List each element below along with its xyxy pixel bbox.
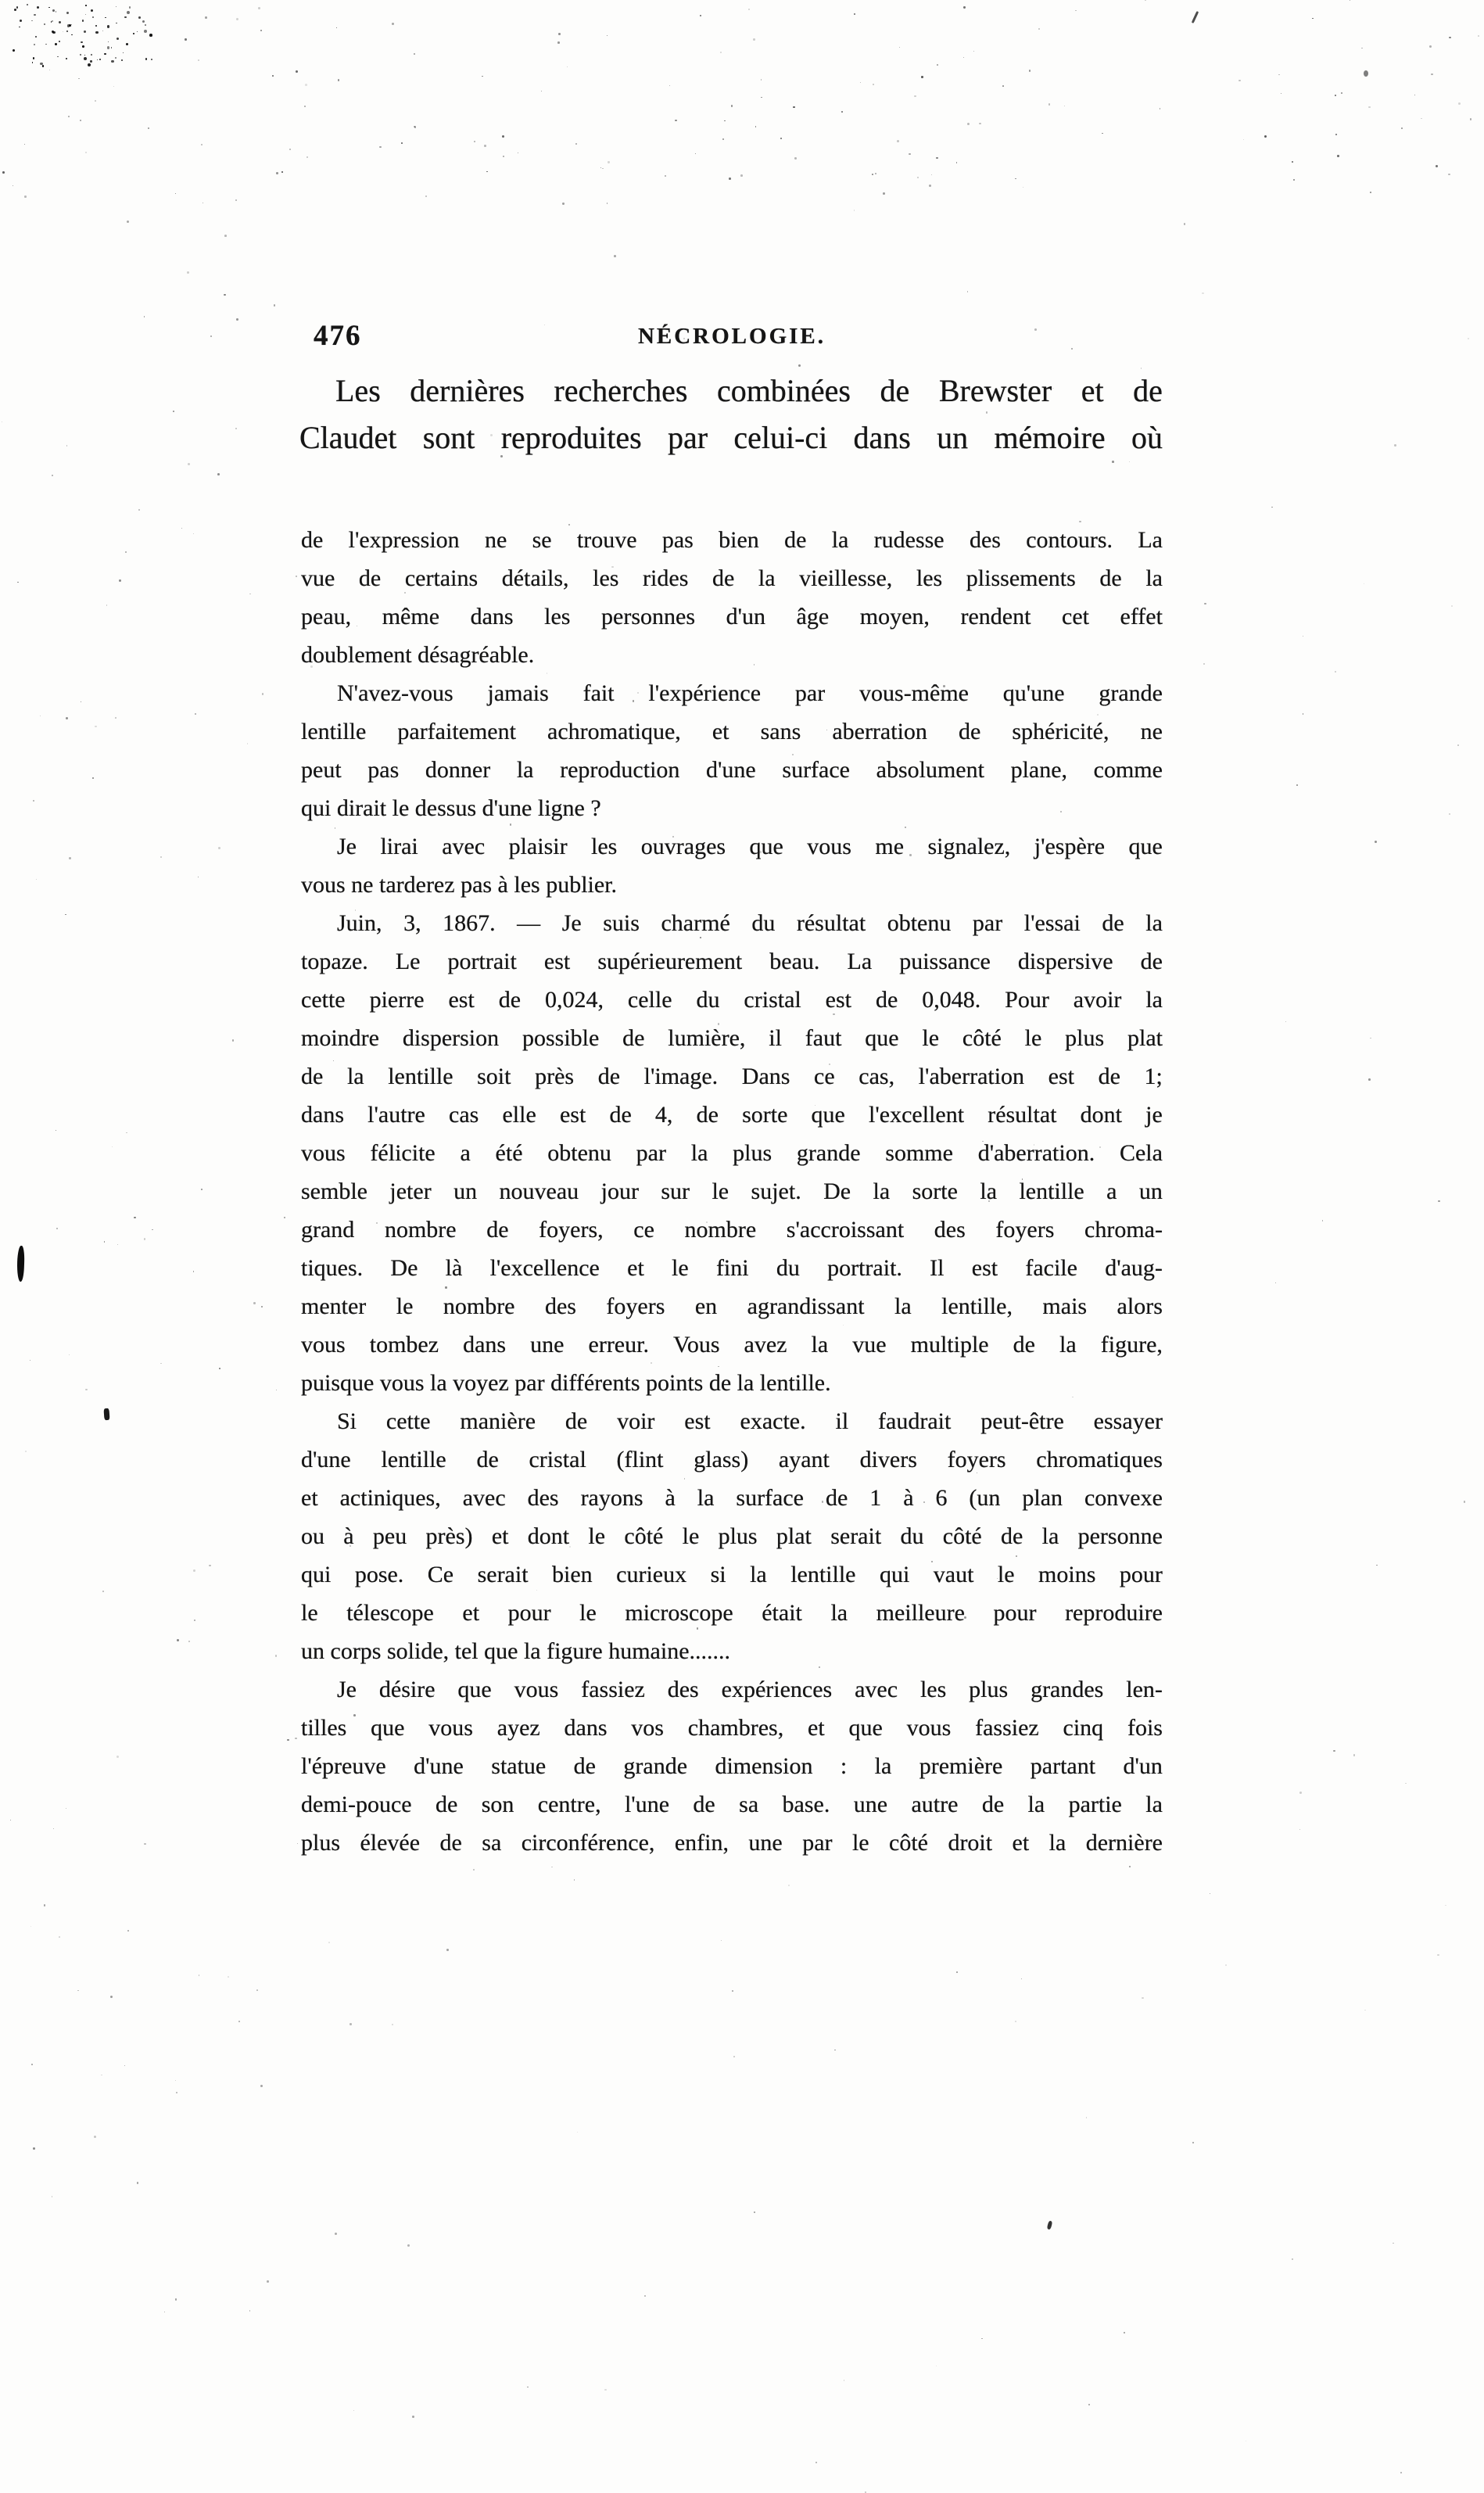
ink-mark bbox=[1192, 11, 1199, 23]
text-line: vous ne tarderez pas à les publier. bbox=[301, 866, 1163, 904]
text-line: N'avez-vousjamaisfaitl'expérienceparvous… bbox=[301, 674, 1163, 712]
ink-mark bbox=[103, 1408, 109, 1420]
text-line: ouàpeuprès)etdontlecôtéleplusplatseraitd… bbox=[301, 1517, 1163, 1555]
text-line: Claudetsontreproduitesparcelui-cidansunm… bbox=[299, 414, 1163, 461]
text-line: semblejeterunnouveaujoursurlesujet.Delas… bbox=[301, 1172, 1163, 1211]
text-line: quipose.Ceseraitbiencurieuxsilalentilleq… bbox=[301, 1555, 1163, 1594]
ink-mark bbox=[1047, 2221, 1053, 2230]
page-header: 476 NÉCROLOGIE. bbox=[301, 317, 1163, 357]
text-line: cettepierreestde0,024,celleducristalestd… bbox=[301, 981, 1163, 1019]
text-line: Juin,3,1867.—Jesuischarmédurésultatobten… bbox=[301, 904, 1163, 942]
text-line: moindredispersionpossibledelumière,ilfau… bbox=[301, 1019, 1163, 1057]
running-title: NÉCROLOGIE. bbox=[301, 324, 1163, 350]
text-line: qui dirait le dessus d'une ligne ? bbox=[301, 789, 1163, 827]
text-line: d'unelentilledecristal(flintglass)ayantd… bbox=[301, 1440, 1163, 1479]
text-line: puisque vous la voyez par différents poi… bbox=[301, 1364, 1163, 1402]
text-line: doublement désagréable. bbox=[301, 636, 1163, 674]
text-line: grandnombredefoyers,cenombres'accroissan… bbox=[301, 1211, 1163, 1249]
text-line: Jeliraiavecplaisirlesouvragesquevousmesi… bbox=[301, 827, 1163, 866]
scanned-book-page: 476 NÉCROLOGIE. Lesdernièresrecherchesco… bbox=[0, 0, 1484, 2493]
text-line: voustombezdansuneerreur.Vousavezlavuemul… bbox=[301, 1325, 1163, 1364]
text-line: etactiniques,avecdesrayonsàlasurfacede1à… bbox=[301, 1479, 1163, 1517]
text-line: l'épreuved'unestatuedegrandedimension:la… bbox=[301, 1747, 1163, 1785]
text-line: menterlenombredesfoyersenagrandissantlal… bbox=[301, 1287, 1163, 1325]
text-line: LesdernièresrecherchescombinéesdeBrewste… bbox=[299, 368, 1163, 414]
body-text: del'expressionnesetrouvepasbiendelarudes… bbox=[301, 521, 1163, 1862]
text-line: letélescopeetpourlemicroscopeétaitlameil… bbox=[301, 1594, 1163, 1632]
text-line: plusélevéedesacirconférence,enfin,unepar… bbox=[301, 1824, 1163, 1862]
text-line: delalentillesoitprèsdel'image.Danscecas,… bbox=[301, 1057, 1163, 1096]
text-line: Sicettemanièredevoirestexacte.ilfaudrait… bbox=[301, 1402, 1163, 1440]
text-line: del'expressionnesetrouvepasbiendelarudes… bbox=[301, 521, 1163, 559]
text-line: vuedecertainsdétails,lesridesdelavieille… bbox=[301, 559, 1163, 597]
text-line: vousféliciteaétéobtenuparlaplusgrandesom… bbox=[301, 1134, 1163, 1172]
text-line: demi-poucedesoncentre,l'unedesabase.unea… bbox=[301, 1785, 1163, 1824]
text-line: Jedésirequevousfassiezdesexpériencesavec… bbox=[301, 1670, 1163, 1709]
ink-mark bbox=[1364, 70, 1368, 77]
text-line: dansl'autrecaselleestde4,desortequel'exc… bbox=[301, 1096, 1163, 1134]
ink-mark bbox=[16, 1246, 25, 1282]
text-line: topaze.Leportraitestsupérieurementbeau.L… bbox=[301, 942, 1163, 981]
text-line: un corps solide, tel que la figure humai… bbox=[301, 1632, 1163, 1670]
text-line: tiques.Delàl'excellenceetlefiniduportrai… bbox=[301, 1249, 1163, 1287]
text-line: tillesquevousayezdansvoschambres,etquevo… bbox=[301, 1709, 1163, 1747]
text-line: lentilleparfaitementachromatique,etsansa… bbox=[301, 712, 1163, 751]
text-line: peutpasdonnerlareproductiond'unesurfacea… bbox=[301, 751, 1163, 789]
intro-paragraph: LesdernièresrecherchescombinéesdeBrewste… bbox=[299, 368, 1163, 461]
text-line: peau,mêmedanslespersonnesd'unâgemoyen,re… bbox=[301, 597, 1163, 636]
